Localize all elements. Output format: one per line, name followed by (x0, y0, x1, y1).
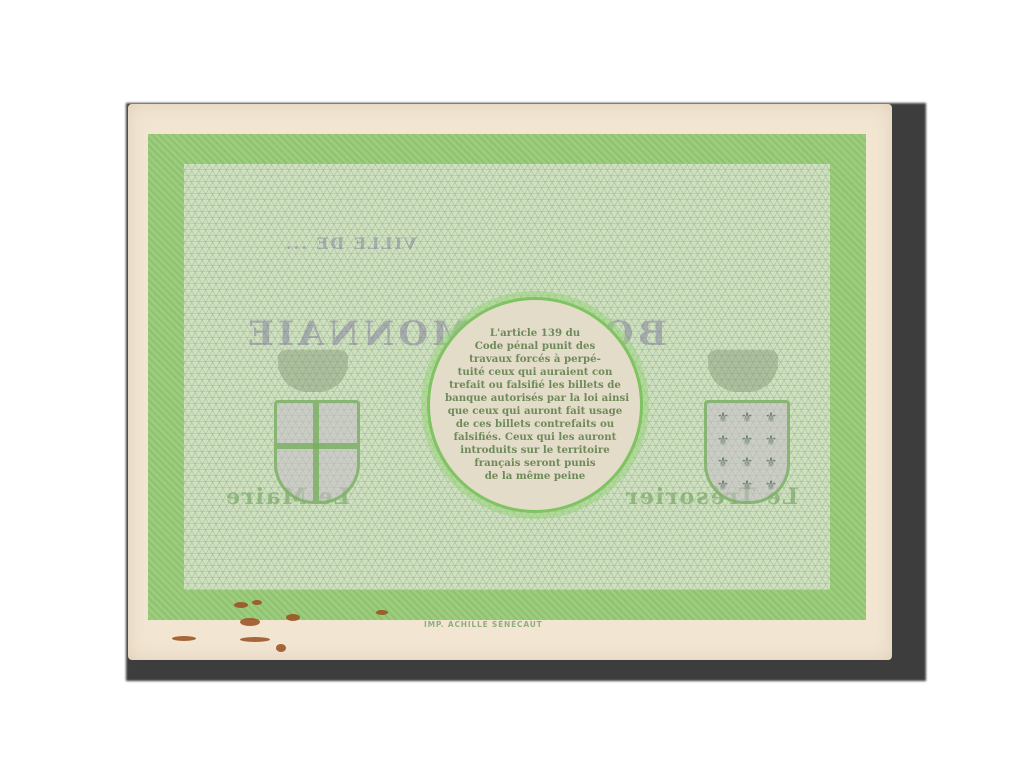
legal-notice-medallion: L'article 139 duCode pénal punit destrav… (427, 297, 643, 513)
legal-notice-line: trefait ou falsifié les billets de (445, 379, 625, 392)
shield-icon (274, 400, 360, 504)
legal-notice-text: L'article 139 duCode pénal punit destrav… (445, 327, 625, 483)
rust-stain (240, 637, 270, 642)
legal-notice-line: tuité ceux qui auraient con (445, 366, 625, 379)
crown-icon (278, 350, 348, 392)
legal-notice-line: introduits sur le territoire (445, 444, 625, 457)
legal-notice-line: français seront punis (445, 457, 625, 470)
ermine-shield-icon: ⚜⚜⚜ ⚜⚜⚜ ⚜⚜⚜ ⚜⚜⚜ (696, 350, 791, 500)
showthrough-town-text: VILLE DE ... (284, 234, 417, 253)
legal-notice-line: de la même peine (445, 470, 625, 483)
rust-stain (376, 610, 388, 615)
ermine-pattern-icon: ⚜⚜⚜ ⚜⚜⚜ ⚜⚜⚜ ⚜⚜⚜ (711, 407, 783, 497)
legal-notice-line: de ces billets contrefaits ou (445, 418, 625, 431)
rust-stain (172, 636, 196, 641)
shield-icon: ⚜⚜⚜ ⚜⚜⚜ ⚜⚜⚜ ⚜⚜⚜ (704, 400, 790, 504)
crown-icon (708, 350, 778, 392)
cross-shield-icon (266, 350, 361, 500)
guilloche-panel: VILLE DE ... BON DE MONNAIE Le Maire Le … (184, 164, 830, 590)
rust-stain (286, 614, 300, 621)
green-border-frame: VILLE DE ... BON DE MONNAIE Le Maire Le … (148, 134, 866, 620)
legal-notice-line: Code pénal punit des (445, 340, 625, 353)
legal-notice-line: travaux forcés à perpé- (445, 353, 625, 366)
printer-imprint: IMP. ACHILLE SÉNÉCAUT (424, 620, 543, 629)
rust-stain (276, 644, 286, 652)
rust-stain (252, 600, 262, 605)
rust-stain (240, 618, 260, 626)
legal-notice-line: banque autorisés par la loi ainsi (445, 392, 625, 405)
banknote: VILLE DE ... BON DE MONNAIE Le Maire Le … (128, 104, 892, 660)
legal-notice-line: que ceux qui auront fait usage (445, 405, 625, 418)
rust-stain (234, 602, 248, 608)
legal-notice-line: L'article 139 du (445, 327, 625, 340)
legal-notice-line: falsifiés. Ceux qui les auront (445, 431, 625, 444)
